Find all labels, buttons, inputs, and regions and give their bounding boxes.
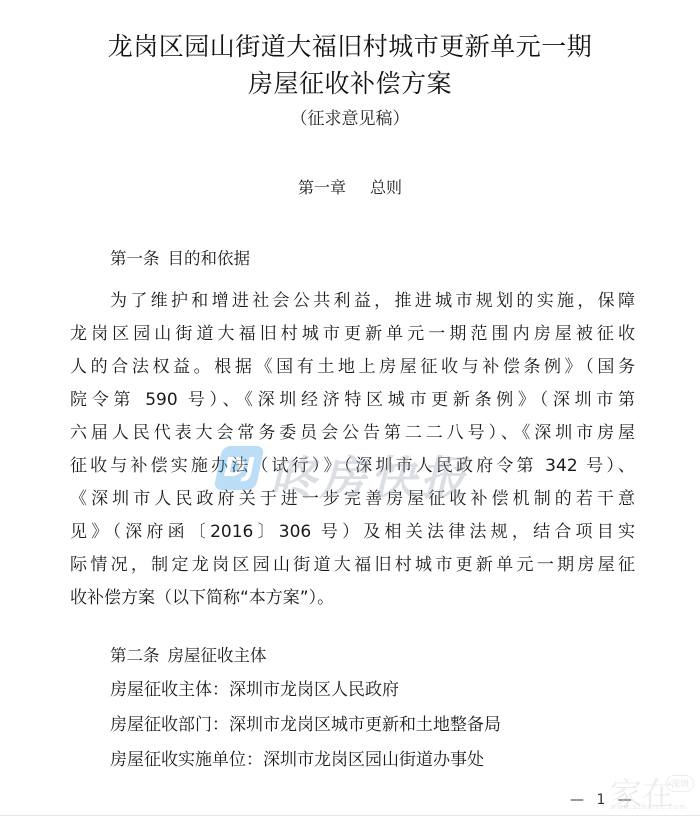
document-subtitle: （征求意见稿）: [0, 104, 700, 129]
page-number: — 1 —: [570, 792, 636, 808]
entity-label: 房屋征收部门：: [110, 715, 229, 735]
article-title: 目的和依据: [168, 249, 251, 268]
article-number: 第一条: [110, 249, 160, 268]
entity-value: 深圳市龙岗区城市更新和土地整备局: [229, 715, 501, 735]
article-title: 房屋征收主体: [168, 646, 267, 665]
article-1-paragraph: 为了维护和增进社会公共利益，推进城市规划的实施，保障 龙岗区园山街道大福旧村城市…: [70, 285, 635, 615]
paragraph-line: 为了维护和增进社会公共利益，推进城市规划的实施，保障: [70, 285, 635, 318]
entity-row-implementing-unit: 房屋征收实施单位：深圳市龙岗区园山街道办事处: [110, 745, 484, 770]
paragraph-line: 收补偿方案（以下简称“本方案”）。: [70, 582, 635, 615]
paragraph-line: 际情况，制定龙岗区园山街道大福旧村城市更新单元一期房屋征: [70, 549, 635, 582]
entity-label: 房屋征收主体：: [110, 680, 229, 700]
paragraph-line: 《深圳市人民政府关于进一步完善房屋征收补偿机制的若干意: [70, 483, 635, 516]
paragraph-line: 六届人民代表大会常务委员会公告第二二八号）、《深圳市房屋: [70, 417, 635, 450]
article-1-heading: 第一条目的和依据: [110, 245, 250, 269]
paragraph-line: 院令第 590 号）、《深圳经济特区城市更新条例》（深圳市第: [70, 384, 635, 417]
paragraph-line: 见》（深府函〔2016〕306 号）及相关法律法规，结合项目实: [70, 516, 635, 549]
paragraph-line: 龙岗区园山街道大福旧村城市更新单元一期范围内房屋被征收: [70, 318, 635, 351]
paragraph-line: 人的合法权益。根据《国有土地上房屋征收与补偿条例》（国务: [70, 351, 635, 384]
entity-value: 深圳市龙岗区人民政府: [229, 680, 399, 700]
chapter-heading: 第一章总则: [0, 175, 700, 198]
article-2-heading: 第二条房屋征收主体: [110, 642, 267, 666]
chapter-name: 总则: [370, 178, 402, 197]
entity-label: 房屋征收实施单位：: [110, 750, 263, 770]
corner-watermark-tag: 深圳: [666, 775, 694, 792]
entity-row-expropriation-subject: 房屋征收主体：深圳市龙岗区人民政府: [110, 675, 399, 700]
bottom-divider: [0, 815, 700, 816]
chapter-number: 第一章: [298, 178, 346, 197]
paragraph-line: 征收与补偿实施办法（试行）》（深圳市人民政府令第 342 号）、: [70, 450, 635, 483]
document-page: 龙岗区园山街道大福旧村城市更新单元一期 房屋征收补偿方案 （征求意见稿） 第一章…: [0, 0, 700, 818]
entity-row-expropriation-department: 房屋征收部门：深圳市龙岗区城市更新和土地整备局: [110, 710, 501, 735]
document-title-line-1: 龙岗区园山街道大福旧村城市更新单元一期: [0, 27, 700, 63]
entity-value: 深圳市龙岗区园山街道办事处: [263, 750, 484, 770]
article-number: 第二条: [110, 646, 160, 665]
document-title-line-2: 房屋征收补偿方案: [0, 64, 700, 100]
